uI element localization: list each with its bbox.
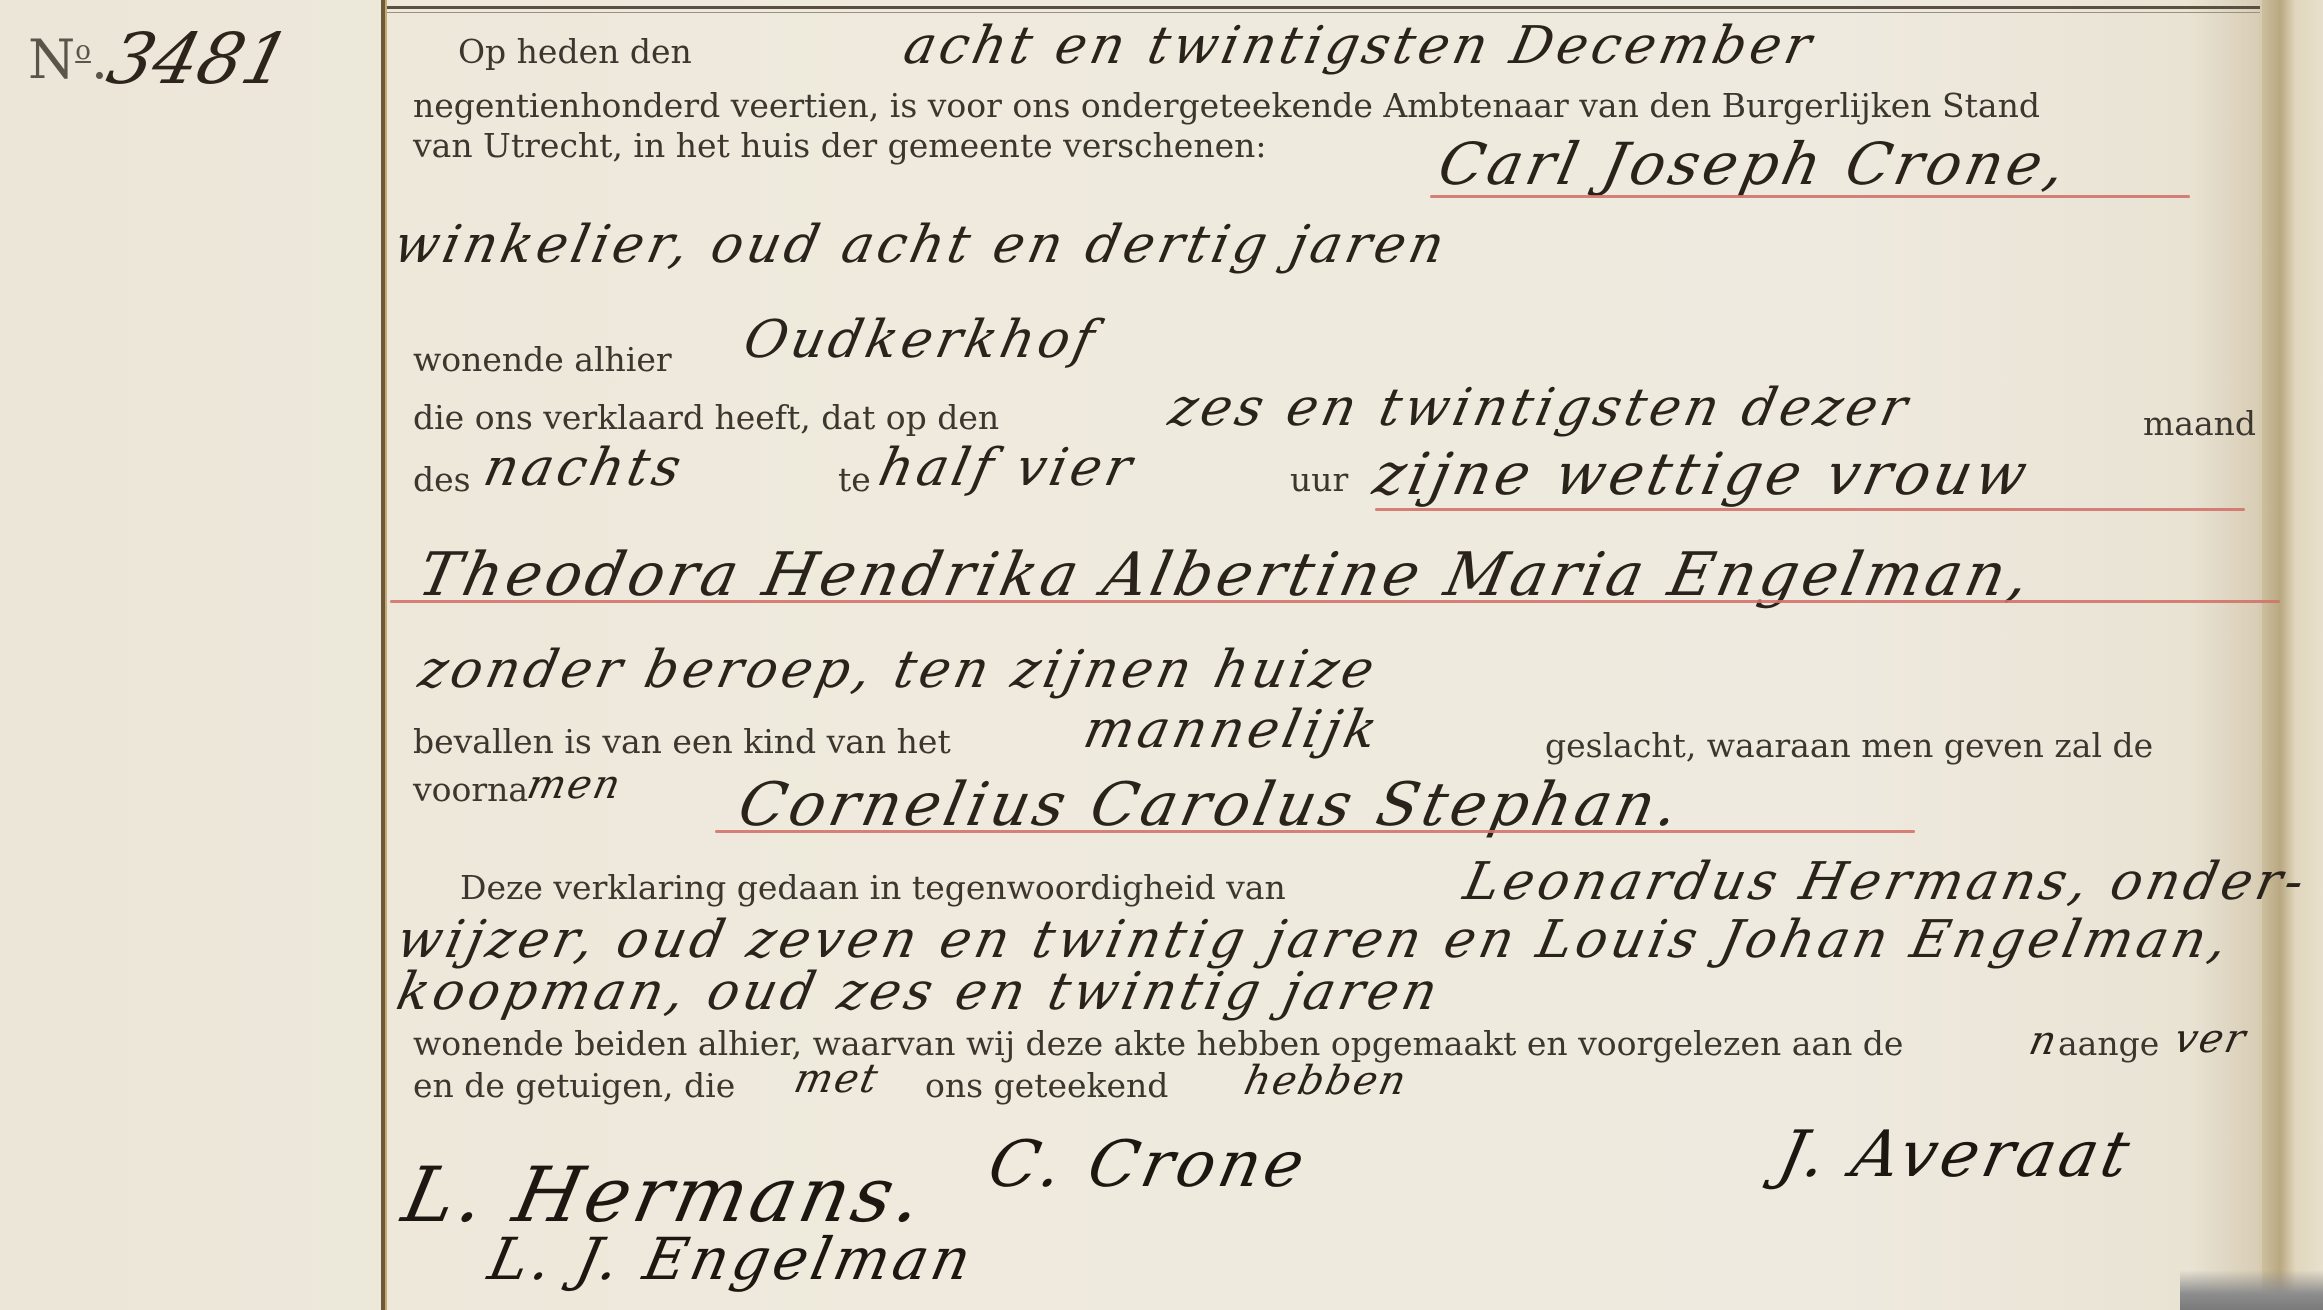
printed-wonende-alhier: wonende alhier: [413, 340, 672, 379]
red-underline-child: [715, 830, 1915, 833]
printed-verklaard: die ons verklaard heeft, dat op den: [413, 398, 999, 437]
printed-line-year: negentienhonderd veertien, is voor ons o…: [413, 86, 2040, 125]
hand-occupation-age: winkelier, oud acht en dertig jaren: [389, 215, 1454, 275]
printed-te: te: [838, 460, 871, 499]
page-edge-shadow: [2180, 1270, 2323, 1310]
hand-witness1: Leonardus Hermans, onder-: [1459, 852, 2314, 912]
printed-line-utrecht: van Utrecht, in het huis der gemeente ve…: [413, 126, 1267, 165]
printed-en-de-getuigen: en de getuigen, die: [413, 1066, 735, 1105]
hand-witness1-details: wijzer, oud zeven en twintig jaren en Lo…: [392, 910, 2237, 970]
record-number: 3481: [100, 18, 299, 100]
printed-uur: uur: [1290, 460, 1348, 499]
printed-geslacht: geslacht, waaraan men geven zal de: [1545, 726, 2153, 765]
printed-wonende-beiden: wonende beiden alhier, waarvan wij deze …: [413, 1024, 1903, 1063]
top-border-rule: [385, 6, 2260, 9]
red-underline-mother: [390, 600, 2280, 603]
printed-ons-geteekend: ons geteekend: [925, 1066, 1168, 1105]
top-border-rule-thin: [385, 12, 2260, 13]
hand-time-of-day: nachts: [479, 438, 690, 498]
hand-date: acht en twintigsten December: [899, 16, 1821, 76]
hand-address: Oudkerkhof: [739, 310, 1104, 370]
signature-witness2: L. J. Engelman: [483, 1225, 981, 1293]
hand-wife-phrase: zijne wettige vrouw: [1368, 440, 2037, 508]
hand-hour: half vier: [874, 438, 1141, 498]
hand-declarant-name: Carl Joseph Crone,: [1433, 130, 2075, 198]
printed-op-heden-den: Op heden den: [458, 32, 692, 71]
signature-registrar: J. Averaat: [1772, 1118, 2139, 1192]
hand-met: met: [790, 1056, 883, 1102]
book-spine: [2262, 0, 2323, 1310]
red-underline-declarant: [1430, 195, 2190, 198]
printed-des: des: [413, 460, 471, 499]
hand-mother-occupation: zonder beroep, ten zijnen huize: [414, 640, 1384, 700]
printed-voorna: voorna: [413, 770, 528, 809]
hand-hebben: hebben: [1240, 1058, 1412, 1104]
hand-ver: ver: [2170, 1016, 2251, 1062]
hand-sex: mannelijk: [1079, 700, 1387, 760]
printed-deze-verklaring: Deze verklaring gedaan in tegenwoordighe…: [460, 868, 1286, 907]
red-underline-wife: [1375, 508, 2245, 511]
hand-men: men: [523, 762, 626, 808]
hand-birth-date: zes en twintigsten dezer: [1164, 378, 1917, 438]
printed-bevallen: bevallen is van een kind van het: [413, 722, 951, 761]
hand-witness2-details: koopman, oud zes en twintig jaren: [392, 962, 1447, 1022]
record-number-label: No.: [28, 28, 108, 91]
margin-divider: [381, 0, 385, 1310]
signature-father: C. Crone: [982, 1128, 1314, 1202]
printed-aange: aange: [2058, 1024, 2159, 1063]
printed-maand: maand: [2143, 404, 2256, 443]
